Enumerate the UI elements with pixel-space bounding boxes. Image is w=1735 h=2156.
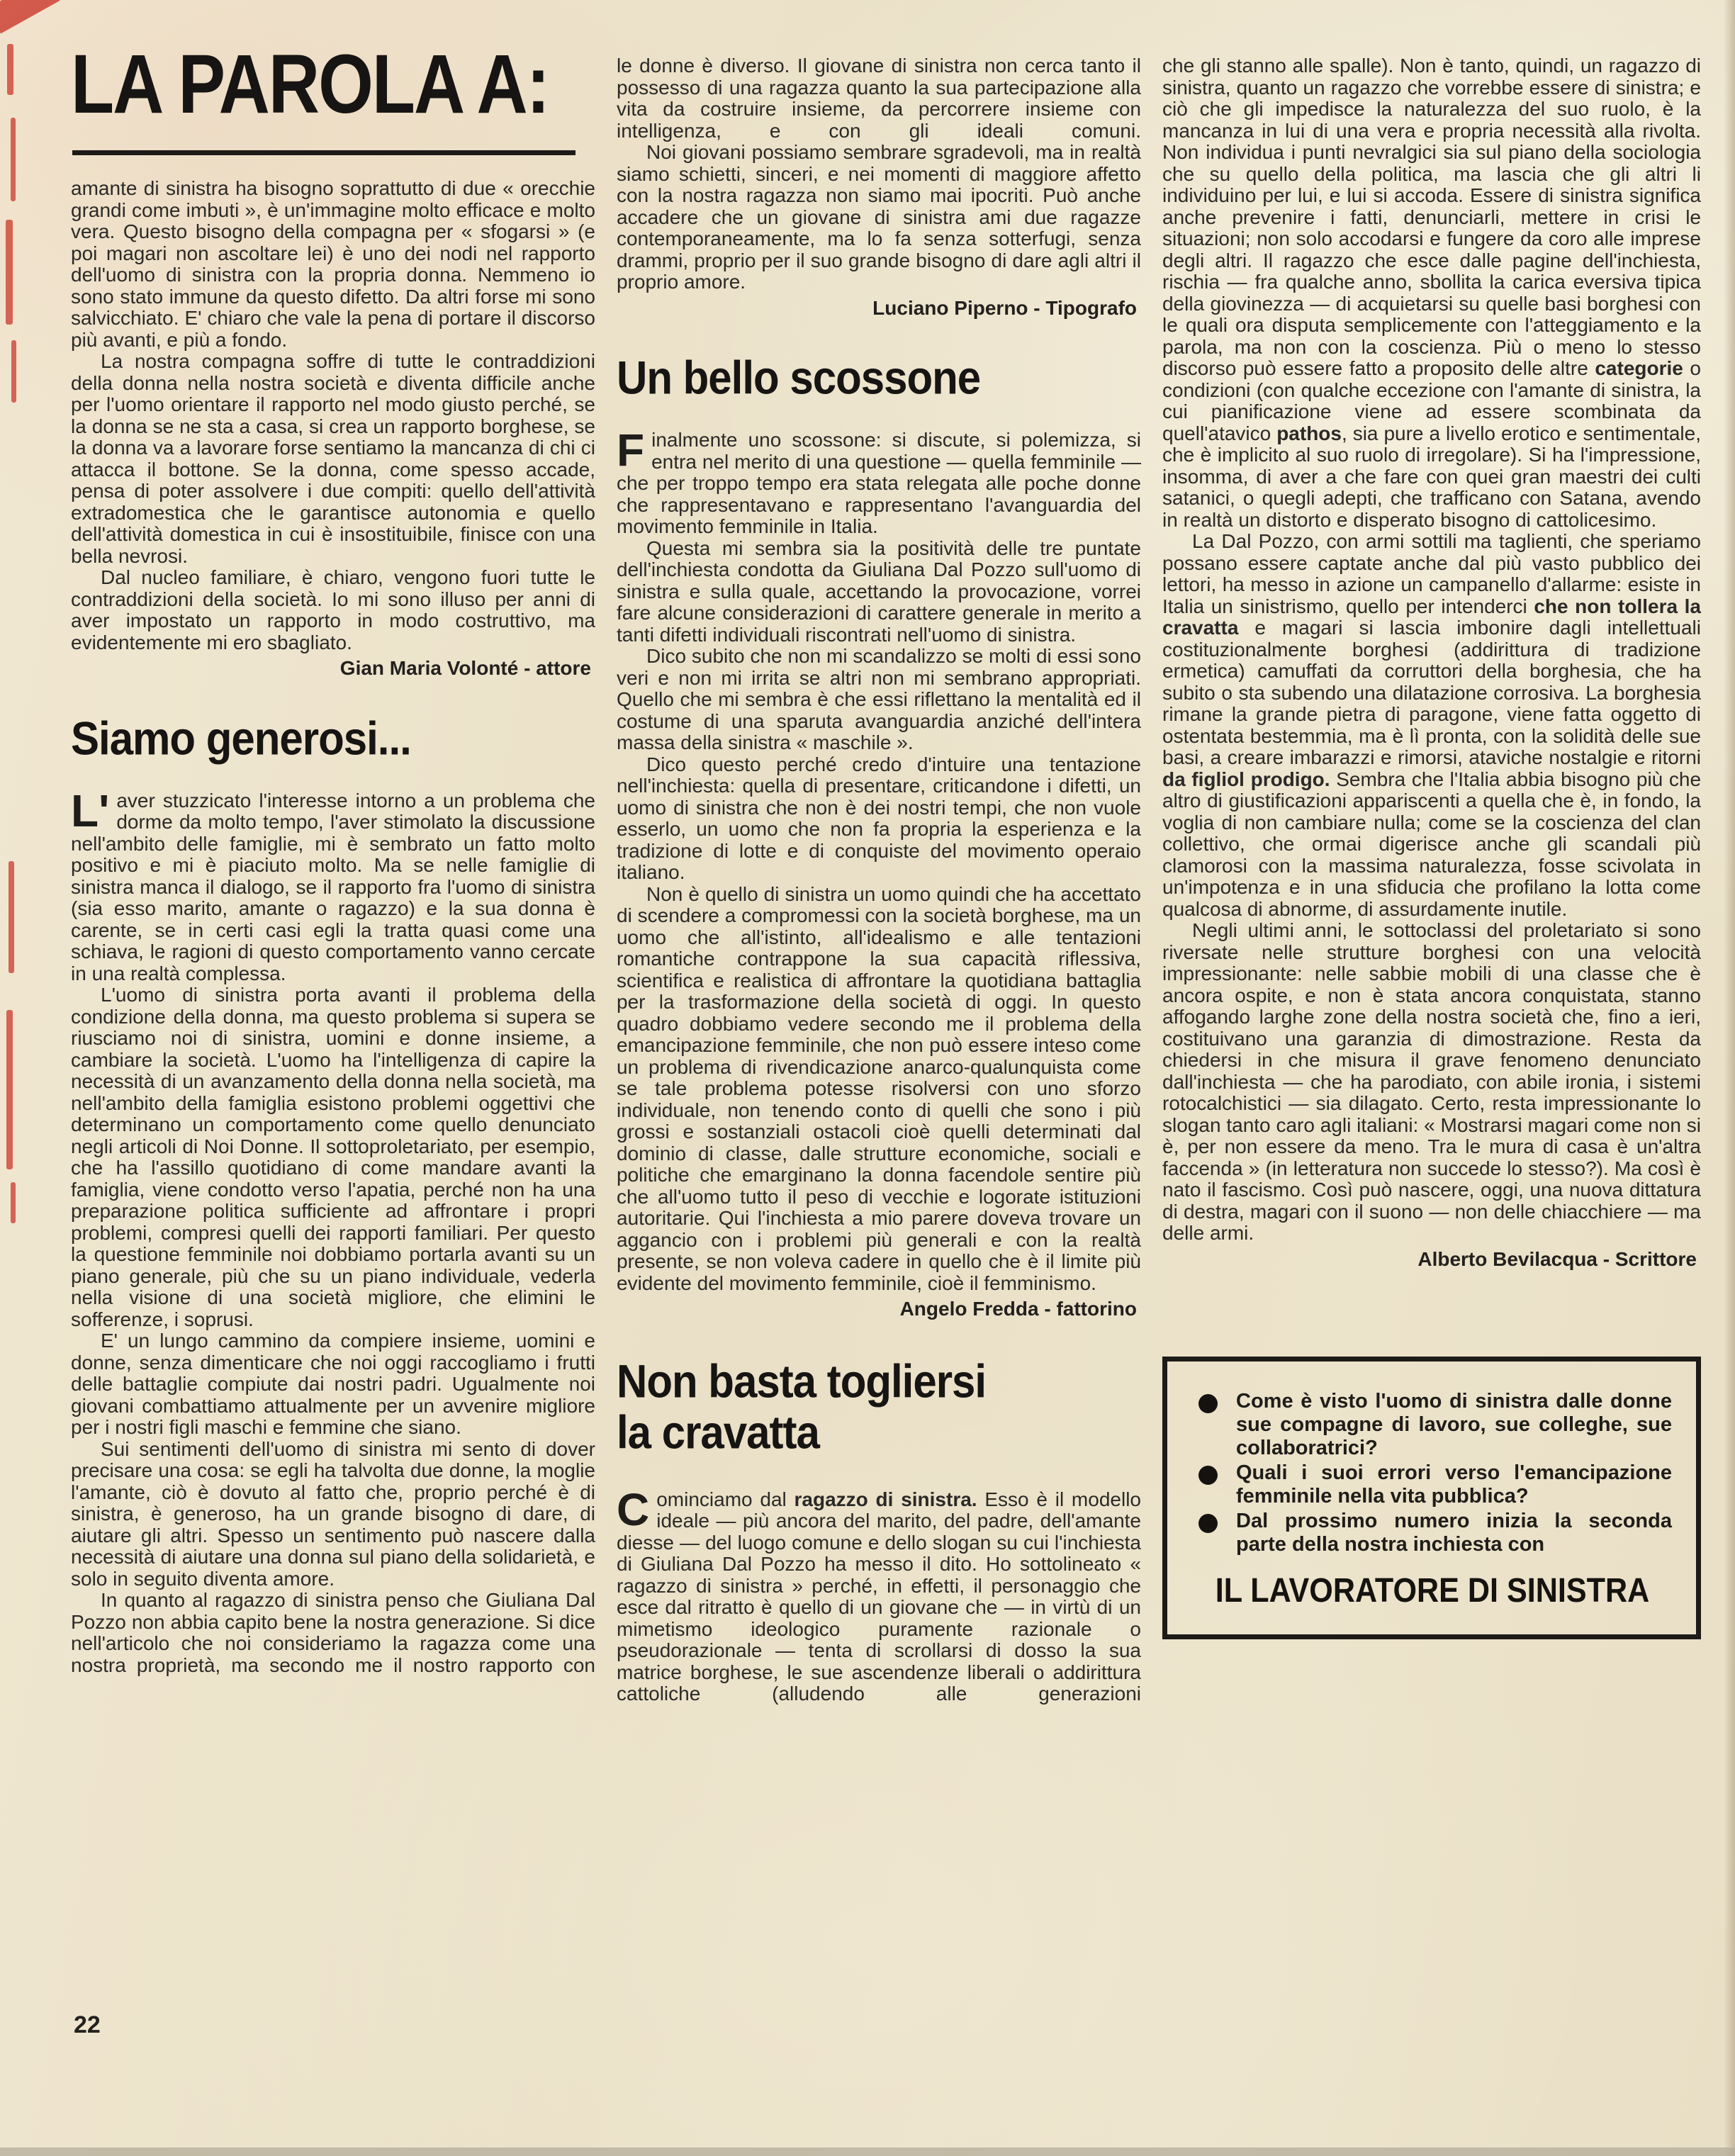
scan-artifact [6, 1010, 13, 1169]
paragraph: Sui sentimenti dell'uomo di sinistra mi … [71, 1439, 595, 1590]
paragraph: La nostra compagna soffre di tutte le co… [71, 351, 595, 567]
paragraph: Dico subito che non mi scandalizzo se mo… [617, 646, 1141, 754]
columns: LA PAROLA A: amante di sinistra ha bisog… [71, 55, 1735, 1705]
paragraph: L'aver stuzzicato l'interesse intorno a … [71, 790, 595, 985]
page-number: 22 [74, 2011, 101, 2039]
paragraph: Cominciamo dal ragazzo di sinistra. Esso… [617, 1489, 1141, 1705]
byline: Gian Maria Volonté - attore [71, 658, 591, 680]
paragraph-text: e magari si lascia imbonire dagli intell… [1162, 617, 1701, 768]
paragraph: La Dal Pozzo, con armi sottili ma taglie… [1162, 531, 1701, 920]
inquiry-box: Come è visto l'uomo di sinistra dalle do… [1162, 1357, 1701, 1639]
paragraph-text: aver stuzzicato l'interesse intorno a un… [71, 790, 595, 984]
page-title: LA PAROLA A: [71, 43, 549, 126]
byline: Angelo Fredda - fattorino [617, 1298, 1137, 1320]
bullet-item: Dal prossimo numero inizia la seconda pa… [1193, 1510, 1672, 1556]
title-rule [72, 150, 575, 155]
byline: Alberto Bevilacqua - Scrittore [1162, 1249, 1697, 1271]
drop-cap: C [617, 1489, 656, 1527]
paragraph: L'uomo di sinistra porta avanti il probl… [71, 984, 595, 1330]
column-2: le donne è diverso. Il giovane di sinist… [617, 55, 1141, 1705]
byline: Luciano Piperno - Tipografo [617, 298, 1137, 320]
section-masthead: LA PAROLA A: [71, 55, 595, 155]
scan-artifact [11, 118, 16, 201]
paragraph: Questa mi sembra sia la positività delle… [617, 538, 1141, 646]
bold-phrase: da figliol prodigo. [1162, 768, 1330, 790]
drop-cap: L' [71, 790, 116, 829]
paragraph: Noi giovani possiamo sembrare sgradevoli… [617, 142, 1141, 293]
bullet-item: Quali i suoi errori verso l'emancipazion… [1193, 1461, 1672, 1508]
bullet-text: Come è visto l'uomo di sinistra dalle do… [1236, 1390, 1672, 1460]
bold-phrase: pathos [1276, 422, 1342, 444]
scan-artifact [11, 340, 16, 403]
paragraph-text: inalmente uno scossone: si discute, si p… [617, 429, 1141, 537]
bold-phrase: categorie [1595, 357, 1683, 379]
paragraph: Dal nucleo familiare, è chiaro, vengono … [71, 567, 595, 653]
article-heading: Non basta togliersila cravatta [617, 1359, 1141, 1461]
bullet-icon [1198, 1394, 1218, 1413]
page-edge-bottom [0, 2147, 1735, 2156]
bullet-text: Dal prossimo numero inizia la seconda pa… [1236, 1510, 1672, 1556]
scan-artifact [7, 44, 13, 95]
article-heading-line2: la cravatta [617, 1404, 819, 1460]
paragraph: Dico questo perché credo d'intuire una t… [617, 754, 1141, 884]
paragraph-text: ominciamo dal [656, 1488, 794, 1510]
bullet-icon [1198, 1466, 1218, 1485]
paragraph: In quanto al ragazzo di sinistra penso c… [71, 1590, 595, 1676]
paragraph: le donne è diverso. Il giovane di sinist… [617, 55, 1141, 142]
paragraph: amante di sinistra ha bisogno soprattutt… [71, 178, 595, 351]
magazine-page: LA PAROLA A: amante di sinistra ha bisog… [0, 0, 1735, 2156]
paragraph: che gli stanno alle spalle). Non è tanto… [1162, 55, 1701, 531]
paragraph: Negli ultimi anni, le sottoclassi del pr… [1162, 920, 1701, 1245]
scan-artifact [9, 861, 14, 973]
bullet-icon [1198, 1514, 1218, 1533]
paragraph-text: Sembra che l'Italia abbia bisogno più ch… [1162, 768, 1701, 920]
column-1-body: amante di sinistra ha bisogno soprattutt… [71, 178, 595, 1676]
paragraph: Finalmente uno scossone: si discute, si … [617, 429, 1141, 538]
page-edge-right [1724, 0, 1735, 2156]
article-heading-line1: Non basta togliersi [617, 1353, 986, 1409]
column-3: che gli stanno alle spalle). Non è tanto… [1162, 55, 1701, 1705]
column-1: LA PAROLA A: amante di sinistra ha bisog… [71, 55, 595, 1705]
scan-artifact [6, 220, 13, 325]
article-heading: Un bello scossone [617, 357, 1141, 404]
drop-cap: F [617, 429, 651, 468]
paragraph-text: che gli stanno alle spalle). Non è tanto… [1162, 55, 1701, 379]
box-title: IL LAVORATORE DI SINISTRA [1198, 1571, 1667, 1610]
paragraph: Non è quello di sinistra un uomo quindi … [617, 884, 1141, 1295]
article-heading: Siamo generosi... [71, 718, 595, 765]
bold-phrase: ragazzo di sinistra. [794, 1488, 977, 1510]
scan-artifact [0, 0, 61, 34]
bullet-text: Quali i suoi errori verso l'emancipazion… [1236, 1461, 1672, 1508]
article-heading-text: Un bello scossone [617, 352, 980, 404]
paragraph: E' un lungo cammino da compiere insieme,… [71, 1330, 595, 1439]
paragraph-text: Esso è il modello ideale — più ancora de… [617, 1488, 1141, 1705]
scan-artifact [11, 1182, 16, 1223]
bullet-item: Come è visto l'uomo di sinistra dalle do… [1193, 1390, 1672, 1460]
article-heading-text: Siamo generosi... [71, 713, 411, 765]
